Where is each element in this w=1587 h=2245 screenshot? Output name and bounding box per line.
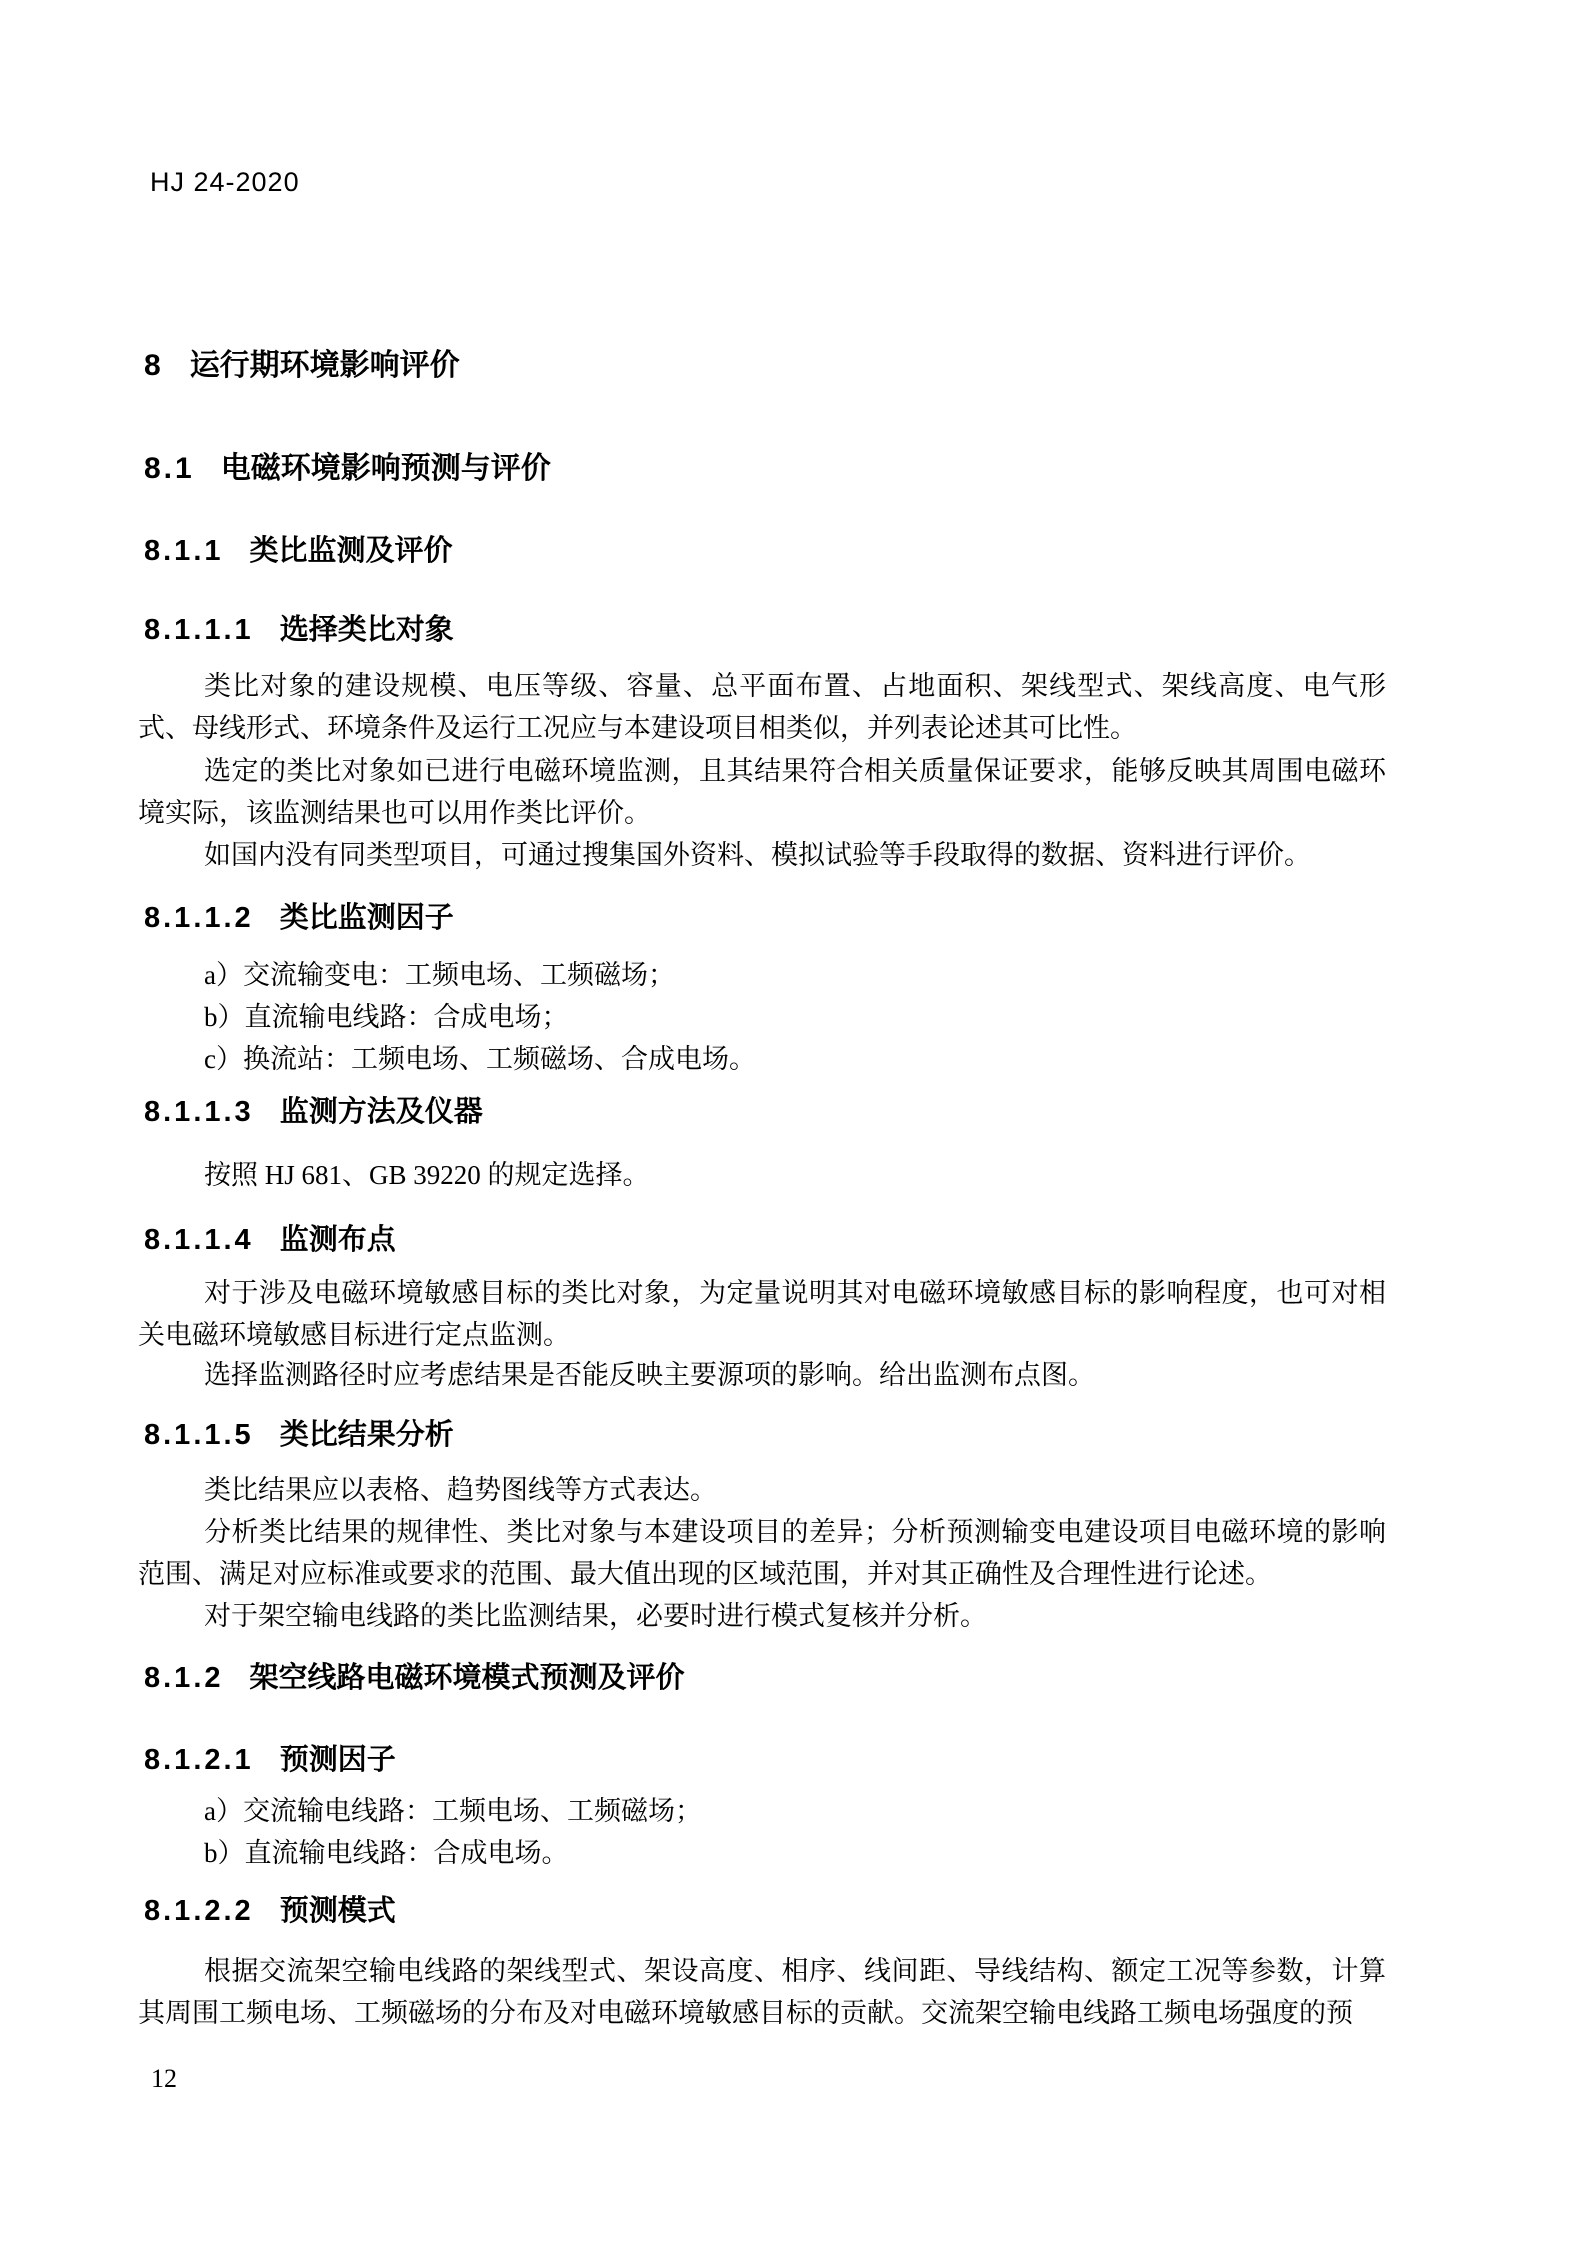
- list-item: b）直流输电线路：合成电场；: [138, 996, 1386, 1038]
- list-item: b）直流输电线路：合成电场。: [138, 1832, 1386, 1874]
- paragraph: 类比结果应以表格、趋势图线等方式表达。: [138, 1469, 1386, 1511]
- section-heading-8-1-1-5: 8.1.1.5类比结果分析: [144, 1418, 454, 1453]
- paragraph: 选定的类比对象如已进行电磁环境监测，且其结果符合相关质量保证要求，能够反映其周围…: [138, 750, 1386, 834]
- list-item: a）交流输电线路：工频电场、工频磁场；: [138, 1790, 1386, 1832]
- heading-title: 电磁环境影响预测与评价: [221, 452, 551, 485]
- paragraph: 对于涉及电磁环境敏感目标的类比对象，为定量说明其对电磁环境敏感目标的影响程度，也…: [138, 1272, 1386, 1356]
- section-heading-8-1-1-3: 8.1.1.3监测方法及仪器: [144, 1095, 483, 1130]
- heading-number: 8.1.1.1: [144, 614, 254, 646]
- heading-number: 8.1.1: [144, 535, 224, 567]
- list-item: a）交流输变电：工频电场、工频磁场；: [138, 954, 1386, 996]
- heading-number: 8.1: [144, 452, 195, 485]
- heading-number: 8: [144, 349, 164, 382]
- heading-title: 运行期环境影响评价: [190, 349, 460, 382]
- heading-title: 类比监测及评价: [250, 535, 453, 567]
- section-heading-8: 8运行期环境影响评价: [144, 348, 460, 384]
- standard-number-header: HJ 24-2020: [150, 167, 300, 198]
- heading-number: 8.1.1.4: [144, 1224, 254, 1256]
- heading-number: 8.1.2: [144, 1662, 224, 1694]
- paragraph: 如国内没有同类型项目，可通过搜集国外资料、模拟试验等手段取得的数据、资料进行评价…: [138, 834, 1386, 876]
- heading-title: 预测因子: [280, 1744, 396, 1776]
- section-heading-8-1-2: 8.1.2架空线路电磁环境模式预测及评价: [144, 1661, 685, 1696]
- heading-title: 预测模式: [280, 1895, 396, 1927]
- page-number: 12: [151, 2064, 177, 2094]
- section-heading-8-1-1-4: 8.1.1.4监测布点: [144, 1223, 396, 1258]
- heading-title: 类比监测因子: [280, 902, 454, 934]
- section-heading-8-1-2-2: 8.1.2.2预测模式: [144, 1894, 396, 1929]
- section-heading-8-1-1-2: 8.1.1.2类比监测因子: [144, 901, 454, 936]
- paragraph: 根据交流架空输电线路的架线型式、架设高度、相序、线间距、导线结构、额定工况等参数…: [138, 1950, 1386, 2034]
- heading-number: 8.1.2.2: [144, 1895, 254, 1927]
- section-heading-8-1-2-1: 8.1.2.1预测因子: [144, 1743, 396, 1778]
- list-item: c）换流站：工频电场、工频磁场、合成电场。: [138, 1038, 1386, 1080]
- heading-number: 8.1.2.1: [144, 1744, 254, 1776]
- heading-title: 类比结果分析: [280, 1419, 454, 1451]
- paragraph: 按照 HJ 681、GB 39220 的规定选择。: [138, 1154, 1386, 1196]
- section-heading-8-1-1: 8.1.1类比监测及评价: [144, 534, 453, 569]
- paragraph: 类比对象的建设规模、电压等级、容量、总平面布置、占地面积、架线型式、架线高度、电…: [138, 665, 1386, 749]
- section-heading-8-1: 8.1电磁环境影响预测与评价: [144, 451, 551, 487]
- section-heading-8-1-1-1: 8.1.1.1选择类比对象: [144, 613, 454, 648]
- heading-title: 监测方法及仪器: [280, 1096, 483, 1128]
- heading-number: 8.1.1.5: [144, 1419, 254, 1451]
- paragraph: 分析类比结果的规律性、类比对象与本建设项目的差异；分析预测输变电建设项目电磁环境…: [138, 1511, 1386, 1595]
- heading-title: 选择类比对象: [280, 614, 454, 646]
- paragraph: 对于架空输电线路的类比监测结果，必要时进行模式复核并分析。: [138, 1595, 1386, 1637]
- document-page: HJ 24-2020 8运行期环境影响评价 8.1电磁环境影响预测与评价 8.1…: [0, 0, 1587, 2245]
- heading-title: 架空线路电磁环境模式预测及评价: [250, 1662, 685, 1694]
- paragraph: 选择监测路径时应考虑结果是否能反映主要源项的影响。给出监测布点图。: [138, 1354, 1386, 1396]
- heading-number: 8.1.1.2: [144, 902, 254, 934]
- heading-number: 8.1.1.3: [144, 1096, 254, 1128]
- heading-title: 监测布点: [280, 1224, 396, 1256]
